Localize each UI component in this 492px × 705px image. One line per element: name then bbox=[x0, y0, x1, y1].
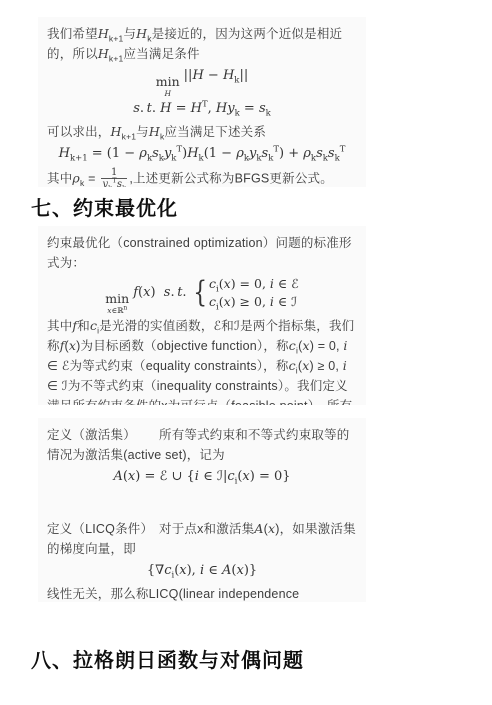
section-7-heading: 七、约束最优化 bbox=[31, 192, 178, 221]
notes-page: 我们希望Hk+1与Hk是接近的，因为这两个近似是相近的，所以Hk+1应当满足条件… bbox=[0, 0, 492, 705]
min-norm-formula: minH||H − Hk|| bbox=[47, 66, 357, 97]
licq-definition: 定义（LICQ条件）对于点x和激活集A(x)，如果激活集的梯度向量，即 bbox=[47, 519, 357, 559]
subject-to-formula: s. t. H = HT, Hyk = sk bbox=[47, 99, 357, 120]
licq-definition-label: 定义（LICQ条件） bbox=[47, 519, 159, 539]
section-8-heading: 八、拉格朗日函数与对偶问题 bbox=[31, 644, 304, 673]
definitions-panel: 定义（激活集）所有等式约束和不等式约束取等的情况为激活集(active set)… bbox=[38, 418, 366, 602]
constrained-optimization-panel: 约束最优化（constrained optimization）问题的标准形式为：… bbox=[38, 226, 366, 405]
licq-conclusion-text: 线性无关，那么称LICQ(linear independence constra… bbox=[47, 584, 357, 602]
bfgs-relation-intro-text: 可以求出，Hk+1与Hk应当满足下述关系 bbox=[47, 122, 357, 142]
rho-definition-text: 其中ρk = 1ykTsk,上述更新公式称为BFGS更新公式。 bbox=[47, 167, 357, 187]
constrained-explanation-text: 其中f和ci是光滑的实值函数，ℰ和ℐ是两个指标集，我们称f(x)为目标函数（ob… bbox=[47, 316, 357, 405]
active-set-definition: 定义（激活集）所有等式约束和不等式约束取等的情况为激活集(active set)… bbox=[47, 425, 357, 465]
standard-form-formula: minx∈ℝnf(x) s. t.{ci(x) = 0, i ∈ ℰci(x) … bbox=[47, 275, 357, 314]
licq-gradient-formula: {∇ci(x), i ∈ A(x)} bbox=[47, 561, 357, 582]
bfgs-update-formula: Hk+1 = (1 − ρkskykT)Hk(1 − ρkykskT) + ρk… bbox=[47, 144, 357, 165]
bfgs-derivation-panel: 我们希望Hk+1与Hk是接近的，因为这两个近似是相近的，所以Hk+1应当满足条件… bbox=[38, 17, 366, 187]
constrained-intro-text: 约束最优化（constrained optimization）问题的标准形式为： bbox=[47, 233, 357, 273]
bfgs-intro-text: 我们希望Hk+1与Hk是接近的，因为这两个近似是相近的，所以Hk+1应当满足条件 bbox=[47, 24, 357, 64]
active-set-definition-label: 定义（激活集） bbox=[47, 425, 159, 445]
active-set-formula: A(x) = ℰ ∪ {i ∈ ℐ|ci(x) = 0} bbox=[47, 467, 357, 488]
